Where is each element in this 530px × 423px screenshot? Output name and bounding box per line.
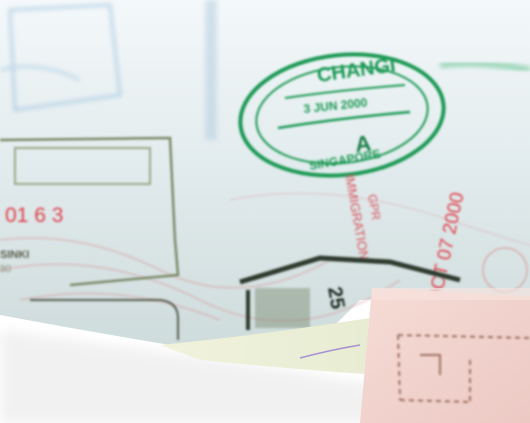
svg-text:25: 25 (323, 285, 349, 311)
helsinki-stamp-text: SINKI (0, 249, 29, 261)
passport-stamps-photo: CHANGI 3 JUN 2000 A SINGAPORE 01 6 3 SIN… (0, 0, 530, 423)
passport-pages: CHANGI 3 JUN 2000 A SINGAPORE 01 6 3 SIN… (0, 0, 530, 423)
svg-text:80: 80 (0, 264, 12, 275)
pink-page-corner (360, 288, 530, 423)
red-stamp-number: 01 6 3 (5, 204, 63, 227)
